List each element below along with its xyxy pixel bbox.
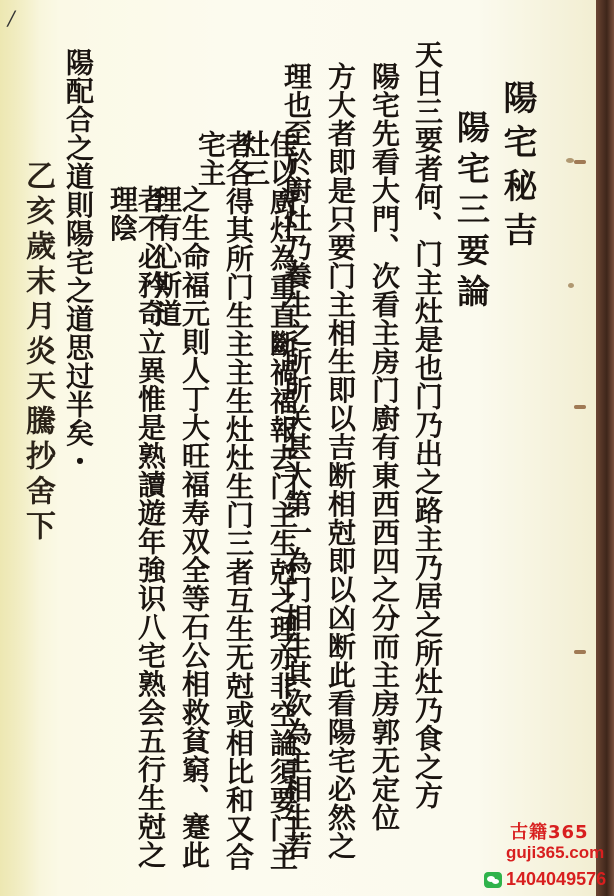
text-column: 方大者即是只要门主相生即以吉断相尅即以凶断此看陽宅必然之: [326, 62, 354, 860]
text-column: 陽宅先看大門、次看主房门廚有東西西四之分而主房郭无定位: [370, 62, 398, 832]
ink-stain: [566, 158, 574, 163]
watermark-site-url: guji365.com: [506, 843, 604, 863]
text-column: 陽配合之道則陽宅之道思过半矣・: [64, 48, 92, 476]
manuscript-page: / 陽宅秘吉 陽宅三要論 天日三要者何、门主灶是也门乃出之路主乃居之所灶乃食之方…: [0, 0, 596, 896]
document-title: 陽宅秘吉: [500, 80, 534, 256]
wechat-icon: [484, 872, 502, 888]
binding-stitch: [574, 405, 586, 409]
colophon: 乙亥歲末月炎天騰抄舍下: [22, 160, 52, 545]
book-spine: [596, 0, 614, 896]
ink-stain: [568, 283, 574, 288]
document-subtitle: 陽宅三要論: [455, 110, 488, 315]
binding-stitch: [574, 650, 586, 654]
page-number: /: [8, 6, 15, 30]
text-column: 者不必矜奇立異惟是熟讀遊年強识八宅熟会五行生尅之理陰: [108, 185, 164, 896]
watermark-site-name: 古籍365: [510, 818, 589, 844]
text-column: 天日三要者何、门主灶是也门乃出之路主乃居之所灶乃食之方: [413, 40, 441, 810]
binding-stitch: [574, 160, 586, 164]
watermark-wechat: 1404049576: [484, 869, 606, 890]
watermark-wechat-id: 1404049576: [506, 869, 606, 890]
